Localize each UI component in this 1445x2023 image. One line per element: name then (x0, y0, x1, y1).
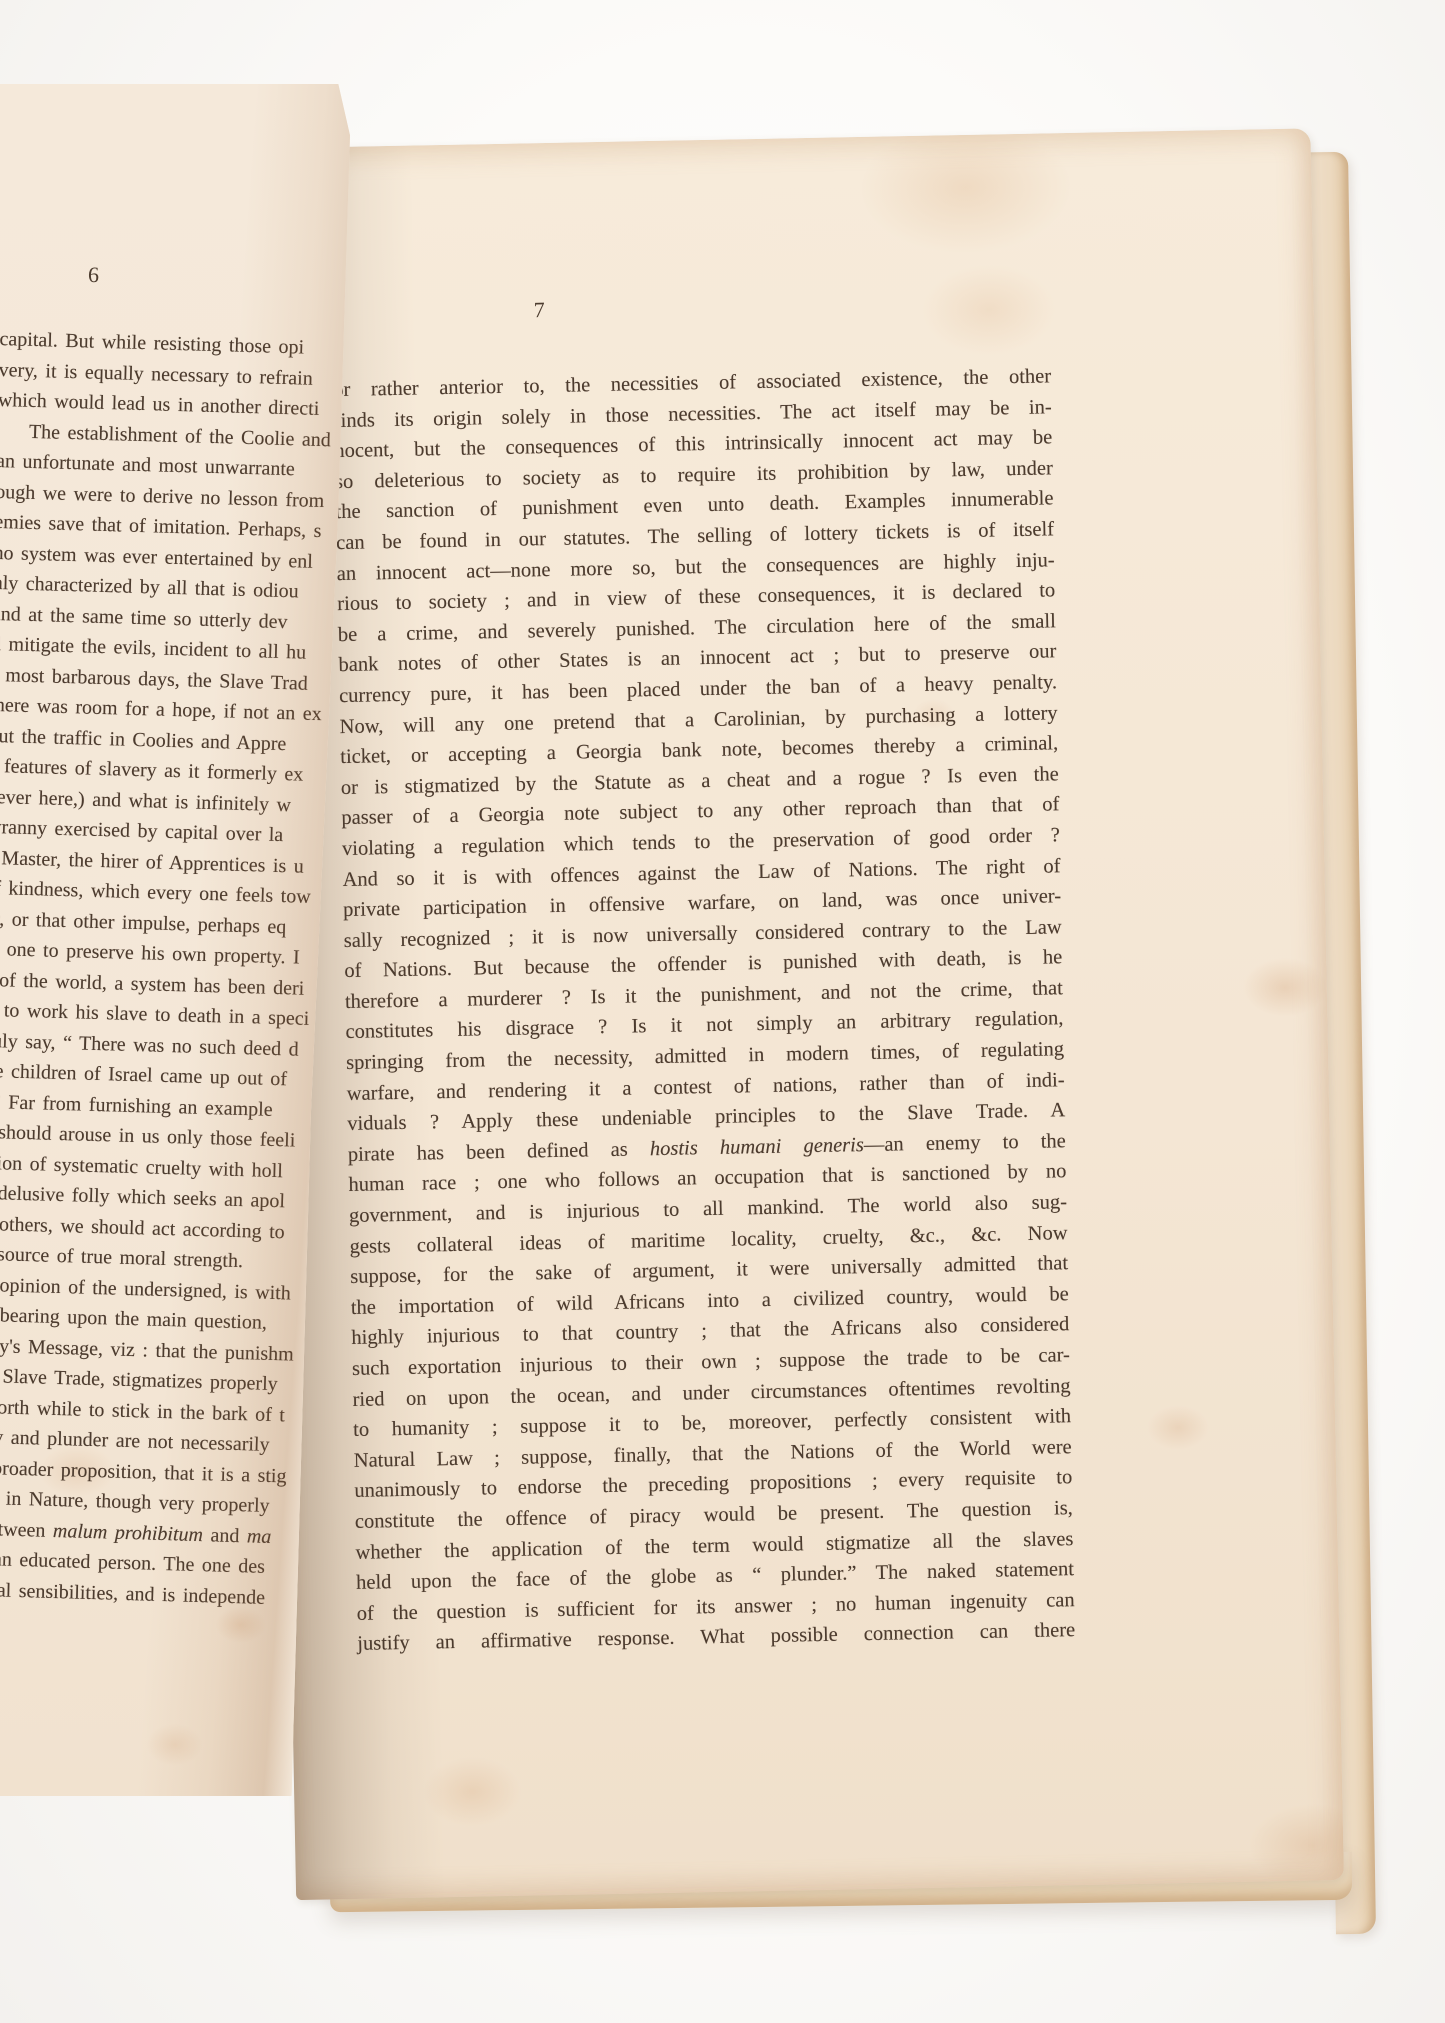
book-photo: 7 or rather anterior to, the necessities… (0, 0, 1445, 2023)
right-page: 7 or rather anterior to, the necessities… (263, 128, 1344, 1900)
right-page-number: 7 (533, 297, 545, 323)
right-page-text: or rather anterior to, the necessities o… (333, 361, 1076, 1659)
page-curl (0, 84, 350, 1796)
left-page: 6 capital. But while resisting those opi… (0, 84, 350, 1796)
